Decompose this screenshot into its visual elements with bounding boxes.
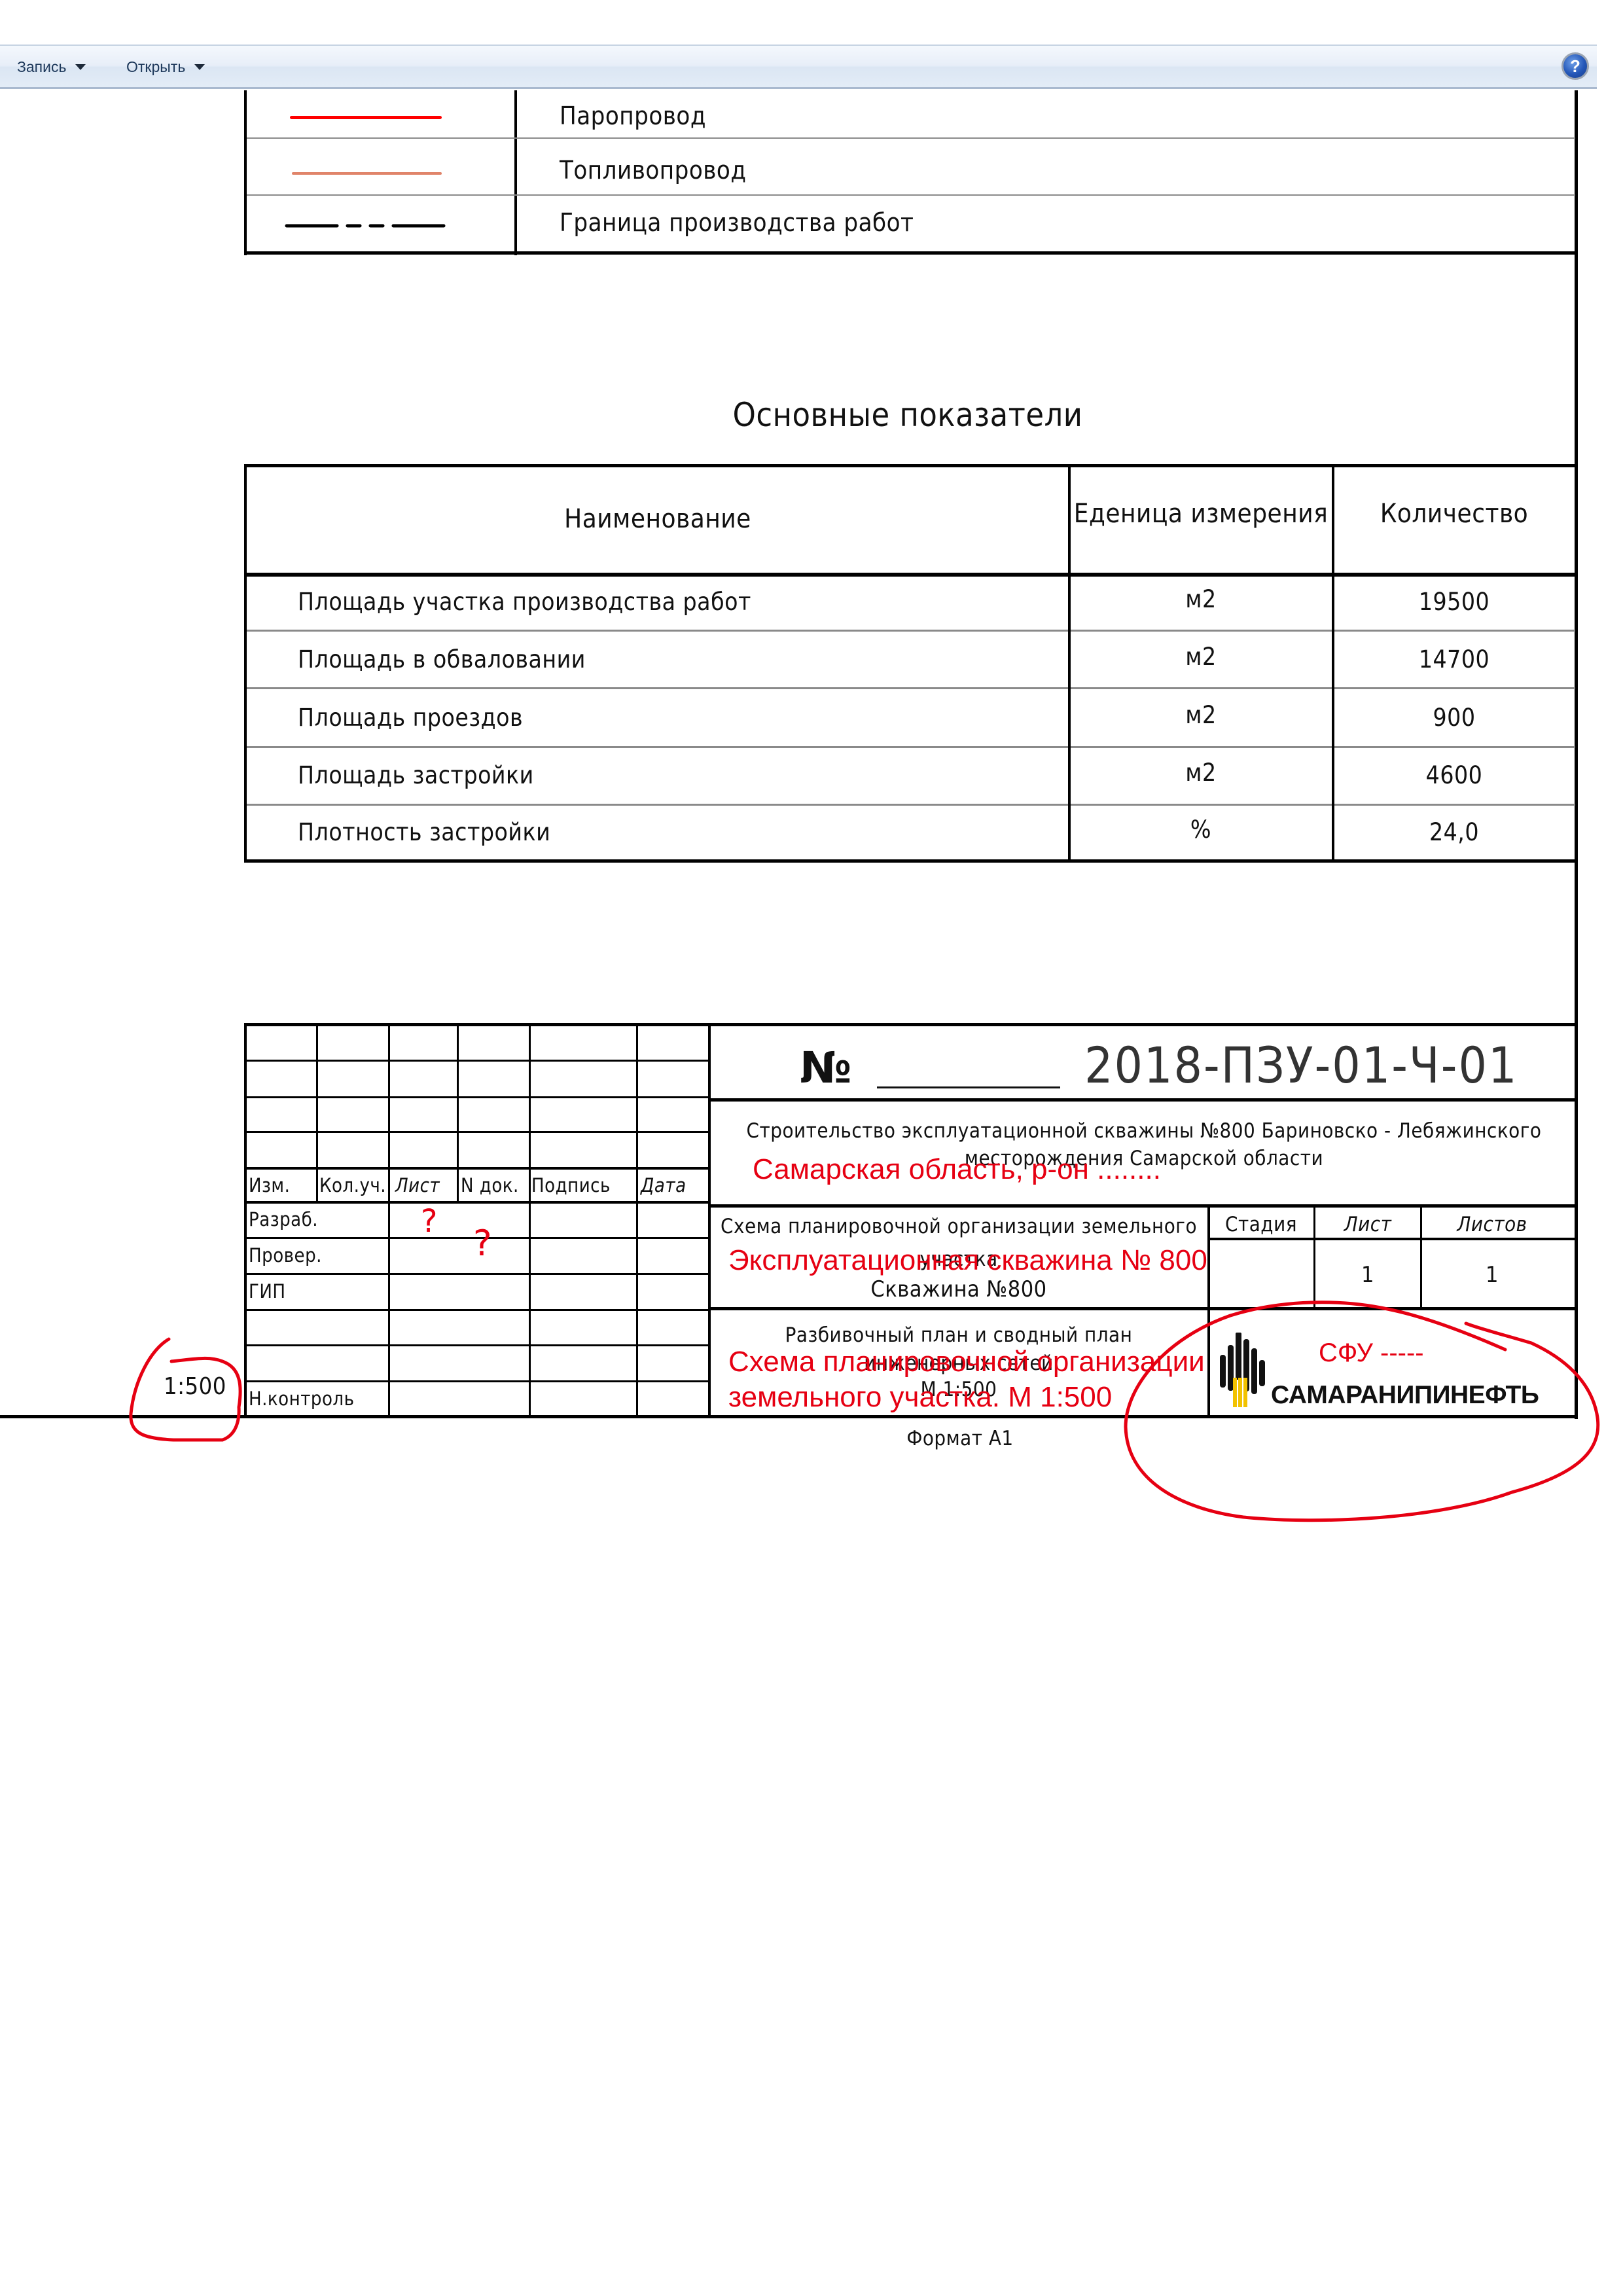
grid-line (1313, 1206, 1315, 1308)
col-header-count: Кол.уч. (319, 1174, 386, 1196)
legend-bottom-border (244, 251, 1577, 255)
chevron-down-icon (75, 64, 86, 70)
grid-line (245, 1380, 709, 1382)
steam-pipe-line-symbol (290, 116, 442, 119)
company-name: САМАРАНИПИНЕФТЬ (1271, 1381, 1539, 1410)
col-header-signature: Подпись (531, 1174, 611, 1196)
table-row-divider (247, 804, 1575, 806)
grid-line (245, 1344, 709, 1346)
work-boundary-line-symbol (285, 223, 446, 229)
grid-line (245, 1096, 709, 1098)
indicator-name: Площадь в обваловании (298, 645, 586, 673)
grid-line (709, 1204, 1578, 1208)
grid-line (1207, 1238, 1578, 1240)
doc-number-blank-underline (877, 1086, 1060, 1088)
role-chief-engineer: ГИП (249, 1280, 286, 1302)
doc-number: 2018-ПЗУ-01-Ч-01 (1084, 1036, 1518, 1094)
title-block-main-divider (708, 1023, 711, 1417)
sheet-value: 1 (1361, 1262, 1374, 1288)
annotation-question-mark: ? (473, 1223, 492, 1264)
grid-line (457, 1023, 459, 1202)
indicator-name: Плотность застройки (298, 818, 550, 846)
frame-right-border (1575, 90, 1578, 1419)
annotation-region: Самарская область, р-он ........ (753, 1153, 1161, 1186)
indicator-value: 900 (1433, 704, 1475, 732)
record-label: Запись (17, 58, 66, 76)
logo-circle (1126, 1302, 1598, 1520)
indicator-value: 14700 (1419, 645, 1489, 673)
help-icon[interactable]: ? (1561, 52, 1589, 80)
grid-line (245, 1201, 709, 1204)
legend-label: Топливопровод (560, 156, 746, 185)
annotation-well: Эксплуатационная скважина № 800 (728, 1244, 1207, 1277)
indicator-unit: м2 (1185, 701, 1216, 729)
annotation-circles (0, 0, 1623, 2296)
format-label: Формат А1 (906, 1427, 1013, 1450)
title-block-bottom (0, 1415, 1578, 1418)
annotation-scheme-line1: Схема планировочной организации (728, 1346, 1205, 1378)
grid-line (245, 1309, 709, 1311)
col-header-date: Дата (641, 1174, 687, 1196)
indicator-name: Площадь застройки (298, 761, 534, 789)
table-col-divider (1332, 464, 1334, 863)
scale-label: 1:500 (164, 1373, 226, 1400)
indicator-value: 4600 (1426, 761, 1483, 789)
legend-left-border (244, 90, 247, 255)
schema-title-line1: Схема планировочной организации земельно… (721, 1215, 1197, 1238)
stage-label: Стадия (1225, 1213, 1297, 1236)
role-norm-control: Н.контроль (249, 1388, 354, 1410)
legend-label: Граница производства работ (560, 208, 914, 237)
indicator-value: 24,0 (1429, 818, 1479, 846)
indicators-title: Основные показатели (732, 396, 1082, 434)
table-row-divider (247, 630, 1575, 632)
table-header-border (244, 573, 1578, 577)
indicator-unit: м2 (1185, 643, 1216, 671)
viewer-toolbar: Запись Открыть ? (0, 45, 1597, 89)
table-col-divider (1068, 464, 1071, 863)
grid-line (636, 1023, 638, 1417)
sheets-label: Листов (1457, 1213, 1527, 1236)
fuel-pipe-line-symbol (292, 172, 442, 175)
grid-line (709, 1098, 1578, 1102)
table-row-divider (247, 746, 1575, 748)
indicator-unit: м2 (1185, 585, 1216, 613)
grid-line (529, 1023, 531, 1417)
table-top-border (244, 464, 1578, 467)
table-left-border (244, 464, 247, 863)
legend-separator (514, 90, 517, 255)
role-developer: Разраб. (249, 1208, 318, 1230)
company-logo-icon (1217, 1329, 1276, 1407)
grid-line (388, 1023, 390, 1417)
title-block-left (244, 1023, 247, 1417)
sheets-value: 1 (1486, 1262, 1499, 1288)
doc-number-prefix: № (800, 1043, 851, 1093)
indicator-unit: м2 (1185, 759, 1216, 787)
grid-line (245, 1131, 709, 1133)
annotation-company: СФУ ----- (1319, 1338, 1424, 1368)
grid-line (1420, 1206, 1422, 1308)
table-bottom-border (244, 859, 1578, 863)
grid-line (316, 1023, 318, 1202)
schema-title-line3: Скважина №800 (870, 1276, 1046, 1302)
grid-line (709, 1307, 1578, 1310)
project-name-line1: Строительство эксплуатационной скважины … (747, 1119, 1542, 1143)
title-block-top (244, 1023, 1578, 1026)
open-label: Открыть (126, 58, 185, 76)
grid-line (245, 1273, 709, 1275)
annotation-scheme-line2: земельного участка. М 1:500 (728, 1381, 1112, 1414)
role-checker: Провер. (249, 1244, 322, 1266)
record-menu-button[interactable]: Запись (17, 55, 86, 79)
col-header-change: Изм. (249, 1174, 290, 1196)
legend-row-divider (247, 137, 1575, 139)
table-header-quantity: Количество (1380, 499, 1528, 529)
indicator-name: Площадь проездов (298, 704, 523, 732)
grid-line (245, 1167, 709, 1170)
indicator-name: Площадь участка производства работ (298, 588, 751, 616)
plan-title-line1: Разбивочный план и сводный план (785, 1323, 1133, 1347)
open-menu-button[interactable]: Открыть (126, 55, 205, 79)
col-header-docnum: N док. (461, 1174, 519, 1196)
table-header-unit: Еденица измерения (1074, 499, 1329, 529)
legend-row-divider (247, 194, 1575, 196)
grid-line (245, 1060, 709, 1062)
chevron-down-icon (194, 64, 205, 70)
annotation-question-mark: ? (421, 1203, 437, 1240)
col-header-sheet: Лист (395, 1174, 440, 1196)
sheet-label: Лист (1344, 1213, 1392, 1236)
legend-label: Паропровод (560, 101, 706, 130)
grid-line (1207, 1206, 1210, 1417)
table-header-name: Наименование (564, 504, 751, 534)
table-row-divider (247, 687, 1575, 689)
indicator-value: 19500 (1419, 588, 1489, 616)
indicator-unit: % (1190, 816, 1211, 844)
